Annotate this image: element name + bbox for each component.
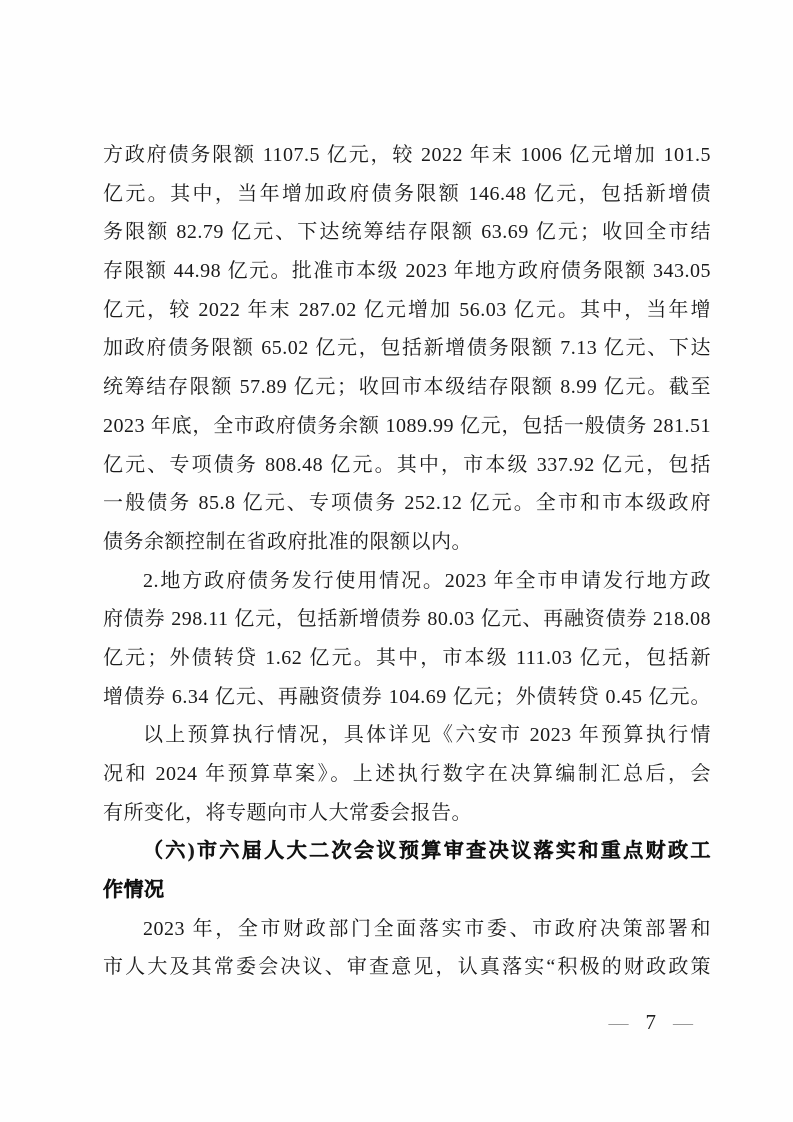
body-line-paragraph-start: 2.地方政府债务发行使用情况。2023 年全市申请发行地方政 [103,562,711,601]
body-line: 市人大及其常委会决议、审查意见，认真落实“积极的财政政策 [103,948,711,987]
body-line: 一般债务 85.8 亿元、专项债务 252.12 亿元。全市和市本级政府 [103,484,711,523]
body-line: 存限额 44.98 亿元。批准市本级 2023 年地方政府债务限额 343.05 [103,252,711,291]
body-line: 亿元，较 2022 年末 287.02 亿元增加 56.03 亿元。其中，当年增 [103,291,711,330]
body-line: 统筹结存限额 57.89 亿元；收回市本级结存限额 8.99 亿元。截至 [103,368,711,407]
section-heading-line: （六)市六届人大二次会议预算审查决议落实和重点财政工 [103,832,711,871]
page-number-value: 7 [646,1010,657,1034]
document-body: 方政府债务限额 1107.5 亿元，较 2022 年末 1006 亿元增加 10… [103,136,711,987]
body-line: 亿元、专项债务 808.48 亿元。其中，市本级 337.92 亿元，包括 [103,446,711,485]
page-number: — 7 — [609,1006,694,1038]
page-number-dash-left: — [609,1012,629,1034]
document-page: 方政府债务限额 1107.5 亿元，较 2022 年末 1006 亿元增加 10… [0,0,793,1122]
body-line: 增债券 6.34 亿元、再融资债券 104.69 亿元；外债转贷 0.45 亿元… [103,678,711,717]
page-number-dash-right: — [673,1012,693,1034]
body-line: 府债券 298.11 亿元，包括新增债券 80.03 亿元、再融资债券 218.… [103,600,711,639]
body-line: 方政府债务限额 1107.5 亿元，较 2022 年末 1006 亿元增加 10… [103,136,711,175]
section-heading-line: 作情况 [103,871,711,910]
body-line: 加政府债务限额 65.02 亿元，包括新增债务限额 7.13 亿元、下达 [103,329,711,368]
body-line: 有所变化，将专题向市人大常委会报告。 [103,794,711,833]
body-line: 2023 年底，全市政府债务余额 1089.99 亿元，包括一般债务 281.5… [103,407,711,446]
body-line: 况和 2024 年预算草案》。上述执行数字在决算编制汇总后，会 [103,755,711,794]
body-line: 债务余额控制在省政府批准的限额以内。 [103,523,711,562]
body-line: 亿元。其中，当年增加政府债务限额 146.48 亿元，包括新增债 [103,175,711,214]
body-line-paragraph-start: 以上预算执行情况，具体详见《六安市 2023 年预算执行情 [103,716,711,755]
body-line: 亿元；外债转贷 1.62 亿元。其中，市本级 111.03 亿元，包括新 [103,639,711,678]
body-line: 务限额 82.79 亿元、下达统筹结存限额 63.69 亿元；收回全市结 [103,213,711,252]
body-line-paragraph-start: 2023 年，全市财政部门全面落实市委、市政府决策部署和 [103,910,711,949]
